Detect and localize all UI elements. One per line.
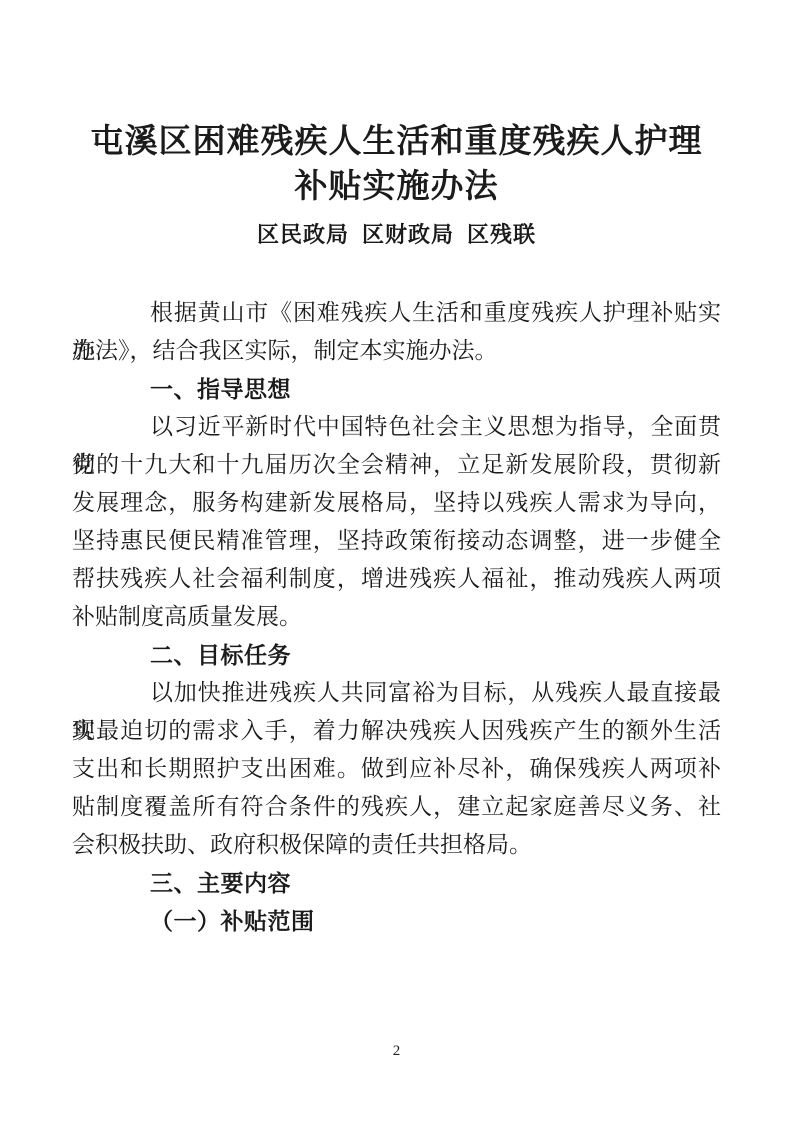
doc-title-line-2: 补贴实施办法 (0, 165, 793, 210)
body-line: 发展理念，服务构建新发展格局，坚持以残疾人需求为导向， (72, 484, 721, 522)
doc-byline: 区民政局 区财政局 区残联 (0, 220, 793, 250)
document-page: 屯溪区困难残疾人生活和重度残疾人护理 补贴实施办法 区民政局 区财政局 区残联 … (0, 0, 793, 1122)
page-number: 2 (0, 1043, 793, 1060)
body-line: 支出和长期照护支出困难。做到应补尽补，确保残疾人两项补 (72, 750, 721, 788)
document-body: 根据黄山市《困难残疾人生活和重度残疾人护理补贴实施 办法》，结合我区实际，制定本… (72, 294, 721, 940)
body-line: 以习近平新时代中国特色社会主义思想为指导，全面贯彻 (72, 408, 721, 446)
section-heading: 三、主要内容 (72, 864, 721, 902)
body-line: 根据黄山市《困难残疾人生活和重度残疾人护理补贴实施 (72, 294, 721, 332)
section-heading: 二、目标任务 (72, 636, 721, 674)
body-line: 贴制度覆盖所有符合条件的残疾人，建立起家庭善尽义务、社 (72, 788, 721, 826)
section-heading: （一）补贴范围 (72, 902, 721, 940)
section-heading: 一、指导思想 (72, 370, 721, 408)
body-line: 帮扶残疾人社会福利制度，增进残疾人福祉，推动残疾人两项 (72, 560, 721, 598)
body-line: 坚持惠民便民精准管理，坚持政策衔接动态调整，进一步健全 (72, 522, 721, 560)
body-line: 补贴制度高质量发展。 (72, 598, 721, 636)
title-block: 屯溪区困难残疾人生活和重度残疾人护理 补贴实施办法 区民政局 区财政局 区残联 (0, 0, 793, 250)
body-line: 办法》，结合我区实际，制定本实施办法。 (72, 332, 721, 370)
body-line: 实最迫切的需求入手，着力解决残疾人因残疾产生的额外生活 (72, 712, 721, 750)
body-line: 党的十九大和十九届历次全会精神，立足新发展阶段，贯彻新 (72, 446, 721, 484)
doc-title-line-1: 屯溪区困难残疾人生活和重度残疾人护理 (0, 120, 793, 165)
body-line: 以加快推进残疾人共同富裕为目标，从残疾人最直接最现 (72, 674, 721, 712)
body-line: 会积极扶助、政府积极保障的责任共担格局。 (72, 826, 721, 864)
